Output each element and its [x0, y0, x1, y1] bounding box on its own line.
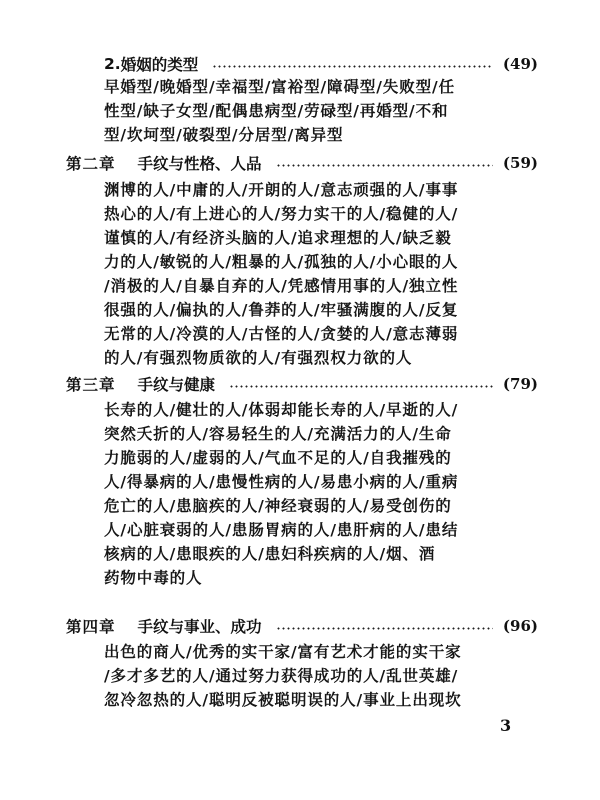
toc-subitems-line: 危亡的人/患脑疾的人/神经衰弱的人/易受创伤的: [104, 494, 514, 518]
toc-subitems-line: 人/得暴病的人/患慢性病的人/易患小病的人/重病: [104, 470, 514, 494]
chapter-title: 手纹与健康: [138, 373, 216, 395]
toc-subitems-line: 药物中毒的人: [104, 566, 514, 590]
toc-subitems-line: 出色的商人/优秀的实干家/富有艺术才能的实干家: [104, 640, 514, 664]
toc-subitems-line: /消极的人/自暴自弃的人/凭感情用事的人/独立性: [104, 274, 514, 298]
page-reference: (96): [503, 617, 538, 635]
toc-subitems-line: 无常的人/冷漠的人/古怪的人/贪婪的人/意志薄弱: [104, 322, 514, 346]
toc-subitems-line: 谨慎的人/有经济头脑的人/追求理想的人/缺乏毅: [104, 226, 514, 250]
toc-subitems-line: 人/心脏衰弱的人/患肠胃病的人/患肝病的人/患结: [104, 518, 514, 542]
leader-dots: [229, 385, 493, 388]
toc-subitems-line: 突然夭折的人/容易轻生的人/充满活力的人/生命: [104, 422, 514, 446]
page-number: 3: [500, 716, 511, 735]
toc-subitems-line: 力脆弱的人/虚弱的人/气血不足的人/自我摧残的: [104, 446, 514, 470]
toc-section-heading[interactable]: 2. 婚姻的类型 (49): [104, 52, 538, 76]
leader-dots: [276, 627, 493, 630]
chapter-label: 第四章: [66, 615, 116, 637]
page-reference: (59): [503, 154, 538, 172]
chapter-title: 手纹与性格、人品: [138, 152, 262, 174]
section-title: 婚姻的类型: [121, 53, 199, 75]
toc-page: 2. 婚姻的类型 (49) 早婚型/晚婚型/幸福型/富裕型/障碍型/失败型/任 …: [0, 0, 600, 800]
toc-subitems-line: 核病的人/患眼疾的人/患妇科疾病的人/烟、酒: [104, 542, 514, 566]
toc-subitems-line: 性型/缺子女型/配偶患病型/劳碌型/再婚型/不和: [104, 99, 514, 123]
toc-subitems-line: 渊博的人/中庸的人/开朗的人/意志顽强的人/事事: [104, 178, 514, 202]
toc-chapter-heading[interactable]: 第四章 手纹与事业、成功 (96): [66, 614, 538, 638]
toc-subitems-line: /多才多艺的人/通过努力获得成功的人/乱世英雄/: [104, 664, 514, 688]
chapter-title: 手纹与事业、成功: [138, 615, 262, 637]
toc-subitems-line: 的人/有强烈物质欲的人/有强烈权力欲的人: [104, 346, 514, 370]
chapter-label: 第二章: [66, 152, 116, 174]
toc-subitems-line: 很强的人/偏执的人/鲁莽的人/牢骚满腹的人/反复: [104, 298, 514, 322]
leader-dots: [276, 164, 493, 167]
toc-chapter-heading[interactable]: 第二章 手纹与性格、人品 (59): [66, 151, 538, 175]
toc-subitems-line: 早婚型/晚婚型/幸福型/富裕型/障碍型/失败型/任: [104, 75, 514, 99]
toc-chapter-heading[interactable]: 第三章 手纹与健康 (79): [66, 372, 538, 396]
section-number: 2.: [104, 55, 121, 73]
toc-subitems-line: 型/坎坷型/破裂型/分居型/离异型: [104, 123, 514, 147]
leader-dots: [212, 65, 493, 68]
page-reference: (79): [503, 375, 538, 393]
toc-subitems-line: 忽冷忽热的人/聪明反被聪明误的人/事业上出现坎: [104, 688, 514, 712]
toc-subitems-line: 力的人/敏锐的人/粗暴的人/孤独的人/小心眼的人: [104, 250, 514, 274]
toc-subitems-line: 长寿的人/健壮的人/体弱却能长寿的人/早逝的人/: [104, 398, 514, 422]
page-reference: (49): [503, 55, 538, 73]
toc-subitems-line: 热心的人/有上进心的人/努力实干的人/稳健的人/: [104, 202, 514, 226]
chapter-label: 第三章: [66, 373, 116, 395]
